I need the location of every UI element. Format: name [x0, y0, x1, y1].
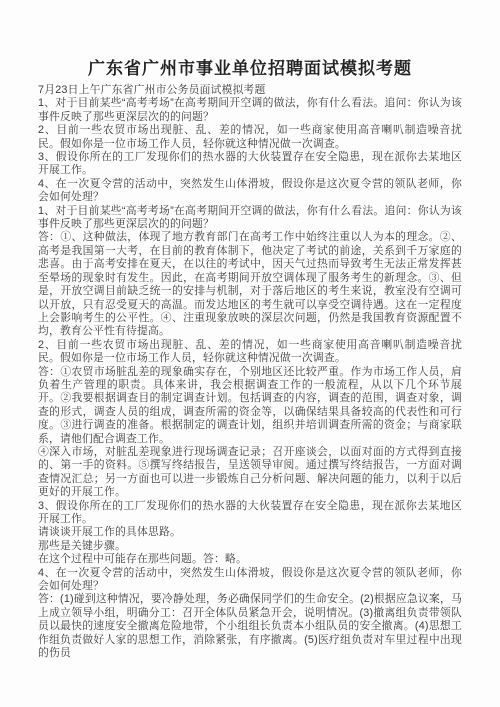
paragraph: 答：①农贸市场脏乱差的现象确实存在，个别地区还比较严重。作为市场工作人员，肩负着… — [38, 366, 462, 446]
paragraph: 那些是关键步骤。 — [38, 540, 462, 553]
paragraph: 7月23日上午广东省广州市公务员面试模拟考题 — [38, 84, 462, 97]
document-page: 广东省广州市事业单位招聘面试模拟考题 7月23日上午广东省广州市公务员面试模拟考… — [0, 0, 500, 707]
paragraph: 4、在一次夏令营的活动中，突然发生山体滑坡，假设你是这次夏令营的领队老师，你会如… — [38, 567, 462, 594]
paragraph: 3、假设你所在的工厂发现你们的热水器的大伙装置存在安全隐患，现在派你去某地区开展… — [38, 151, 462, 178]
paragraph: 2、目前一些农贸市场出现脏、乱、差的情况，如一些商家使用高音喇叭制造噪音扰民。假… — [38, 339, 462, 366]
document-body: 7月23日上午广东省广州市公务员面试模拟考题1、对于目前某些“高考考场”在高考期… — [38, 84, 462, 660]
document-title: 广东省广州市事业单位招聘面试模拟考题 — [38, 58, 462, 79]
paragraph: 请谈谈开展工作的具体思路。 — [38, 526, 462, 539]
paragraph: 答：(1)碰到这种情况，要冷静处理，务必确保同学们的生命安全。(2)根据应急议案… — [38, 593, 462, 660]
paragraph: 2、目前一些农贸市场出现脏、乱、差的情况，如一些商家使用高音喇叭制造噪音扰民。假… — [38, 124, 462, 151]
paragraph: 1、对于目前某些“高考考场”在高考期间开空调的做法，你有什么看法。追问：你认为该… — [38, 97, 462, 124]
paragraph: 4、在一次夏令营的活动中，突然发生山体滑坡，假设你是这次夏令营的领队老师，你会如… — [38, 178, 462, 205]
paragraph: 3、假设你所在的工厂发现你们的热水器的大伙装置存在安全隐患，现在派你去某地区开展… — [38, 500, 462, 527]
paragraph: 在这个过程中可能存在那些问题。答：略。 — [38, 553, 462, 566]
paragraph: ④深入市场，对脏乱差现象进行现场调查记录；召开座谈会，以面对面的方式得到直接的、… — [38, 446, 462, 500]
paragraph: 1、对于目前某些“高考考场”在高考期间开空调的做法，你有什么看法。追问：你认为该… — [38, 205, 462, 232]
paragraph: 答：①、这种做法，体现了地方教育部门在高考工作中始终注重以人为本的理念。②、高考… — [38, 231, 462, 338]
